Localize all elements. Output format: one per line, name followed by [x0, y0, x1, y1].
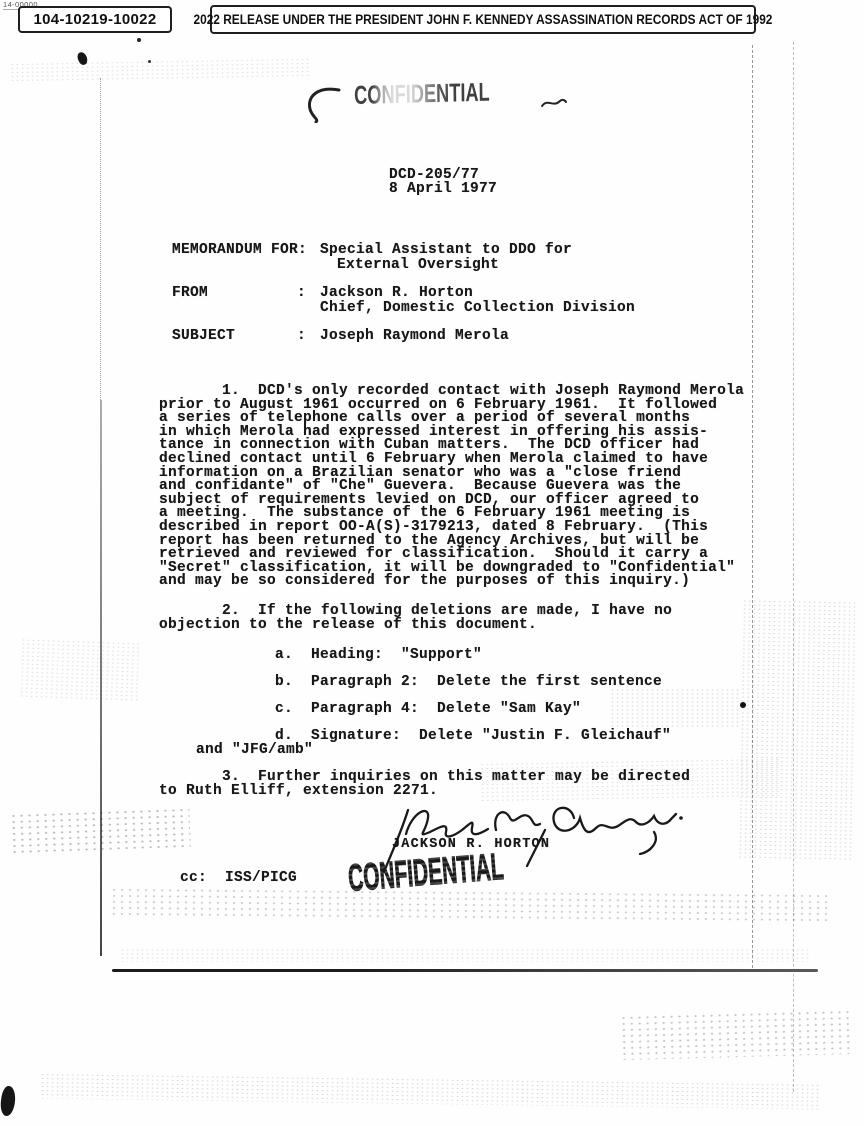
- scan-noise-band: [40, 1073, 820, 1110]
- subject-label: SUBJECT: [172, 330, 235, 344]
- confidential-stamp-top: CONFIDENTIAL: [354, 77, 490, 111]
- body-paragraph-1: 1. DCD's only recorded contact with Jose…: [159, 385, 744, 589]
- right-margin-line-inner: [752, 45, 753, 968]
- record-number-box: 104-10219-10022: [18, 6, 172, 33]
- doc-date: 8 April 1977: [389, 183, 497, 197]
- memo-for-line1: Special Assistant to DDO for: [320, 244, 572, 258]
- scan-noise-band: [110, 887, 830, 923]
- body-paragraph-2: 2. If the following deletions are made, …: [159, 605, 672, 632]
- record-number: 104-10219-10022: [34, 11, 157, 28]
- deletion-item-d: d. Signature: Delete "Justin F. Gleichau…: [275, 730, 671, 744]
- pen-squiggle-mark: [540, 95, 568, 111]
- scanned-memo-page: 14-00000 104-10219-10022 2022 RELEASE UN…: [0, 0, 864, 1126]
- deletion-item-a: a. Heading: "Support": [275, 649, 482, 663]
- ink-blot-top-left: [76, 51, 89, 66]
- ink-dot: [148, 60, 151, 63]
- confidential-stamp-bottom: CONFIDENTIAL: [347, 846, 505, 901]
- from-line1: Jackson R. Horton: [320, 287, 473, 301]
- release-banner-box: 2022 RELEASE UNDER THE PRESIDENT JOHN F.…: [210, 5, 756, 34]
- memo-for-label: MEMORANDUM FOR:: [172, 244, 307, 258]
- scan-noise-band: [610, 688, 740, 728]
- scan-noise-band: [619, 1009, 855, 1060]
- deletion-item-c: c. Paragraph 4: Delete "Sam Kay": [275, 703, 581, 717]
- release-banner: 2022 RELEASE UNDER THE PRESIDENT JOHN F.…: [194, 12, 773, 27]
- ink-blot-bottom-left: [0, 1085, 17, 1116]
- from-label: FROM: [172, 287, 208, 301]
- subject-colon: :: [297, 330, 306, 344]
- scan-noise-band: [120, 948, 810, 962]
- ink-dot: [137, 38, 141, 42]
- deletion-item-b: b. Paragraph 2: Delete the first sentenc…: [275, 676, 662, 690]
- left-margin-line-upper: [100, 78, 101, 400]
- from-line2: Chief, Domestic Collection Division: [320, 302, 635, 316]
- left-margin-line-lower: [100, 400, 102, 956]
- scan-noise-band: [19, 638, 141, 702]
- deletion-item-d-continuation: and "JFG/amb": [196, 744, 313, 758]
- pen-hook-mark: [303, 85, 343, 123]
- ink-dot-right-margin: [740, 702, 746, 708]
- from-colon: :: [297, 287, 306, 301]
- bottom-scan-line: [112, 969, 818, 972]
- subject-value: Joseph Raymond Merola: [320, 330, 509, 344]
- scan-noise-band: [10, 57, 310, 82]
- scan-noise-band: [738, 599, 858, 861]
- memo-for-line2: External Oversight: [337, 259, 499, 273]
- right-margin-line-outer: [793, 42, 794, 1092]
- cc-line: cc: ISS/PICG: [180, 872, 297, 886]
